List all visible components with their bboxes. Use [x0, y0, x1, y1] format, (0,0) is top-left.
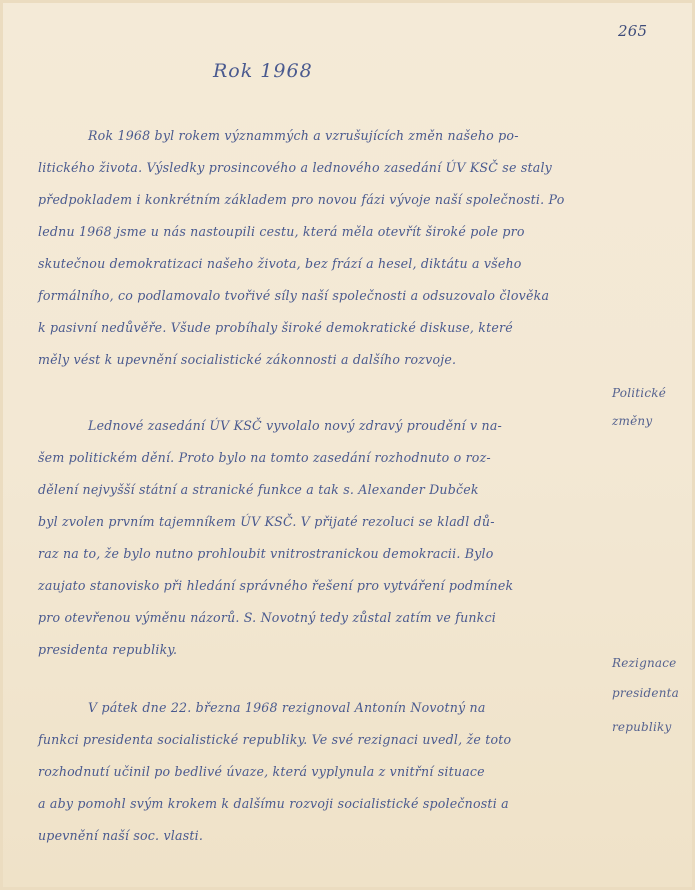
text-line: Rok 1968 byl rokem význammých a vzrušují… — [88, 128, 519, 143]
text-line: měly vést k upevnění socialistické zákon… — [38, 352, 456, 367]
text-line: upevnění naší soc. vlasti. — [38, 828, 203, 843]
text-line: předpokladem i konkrétním základem pro n… — [38, 192, 565, 207]
margin-note-line: presidenta — [612, 686, 679, 700]
text-line: funkci presidenta socialistické republik… — [38, 732, 511, 747]
page-number: 265 — [618, 22, 647, 40]
text-line: rozhodnutí učinil po bedlivé úvaze, kter… — [38, 764, 485, 779]
text-line: pro otevřenou výměnu názorů. S. Novotný … — [38, 610, 496, 625]
text-line: skutečnou demokratizaci našeho života, b… — [38, 256, 522, 271]
margin-note-line: republiky — [612, 720, 671, 734]
text-line: zaujato stanovisko při hledání správného… — [38, 578, 513, 593]
margin-note-line: Rezignace — [612, 656, 676, 670]
margin-note-line: Politické — [612, 386, 666, 400]
page-title: Rok 1968 — [213, 60, 313, 82]
text-line: k pasivní nedůvěře. Všude probíhaly širo… — [38, 320, 513, 335]
text-line: raz na to, že bylo nutno prohloubit vnit… — [38, 546, 494, 561]
text-line: V pátek dne 22. března 1968 rezignoval A… — [88, 700, 486, 715]
manuscript-page: 265 Rok 1968 Rok 1968 byl rokem význammý… — [0, 0, 695, 890]
text-line: dělení nejvyšší státní a stranické funkc… — [38, 482, 479, 497]
text-line: Lednové zasedání ÚV KSČ vyvolalo nový zd… — [88, 418, 502, 433]
margin-note-line: změny — [612, 414, 652, 428]
text-line: a aby pomohl svým krokem k dalšímu rozvo… — [38, 796, 509, 811]
text-line: formálního, co podlamovalo tvořivé síly … — [38, 288, 549, 303]
text-line: litického života. Výsledky prosincového … — [38, 160, 552, 175]
text-line: presidenta republiky. — [38, 642, 177, 657]
text-line: lednu 1968 jsme u nás nastoupili cestu, … — [38, 224, 525, 239]
text-line: šem politickém dění. Proto bylo na tomto… — [38, 450, 491, 465]
text-line: byl zvolen prvním tajemníkem ÚV KSČ. V p… — [38, 514, 495, 529]
